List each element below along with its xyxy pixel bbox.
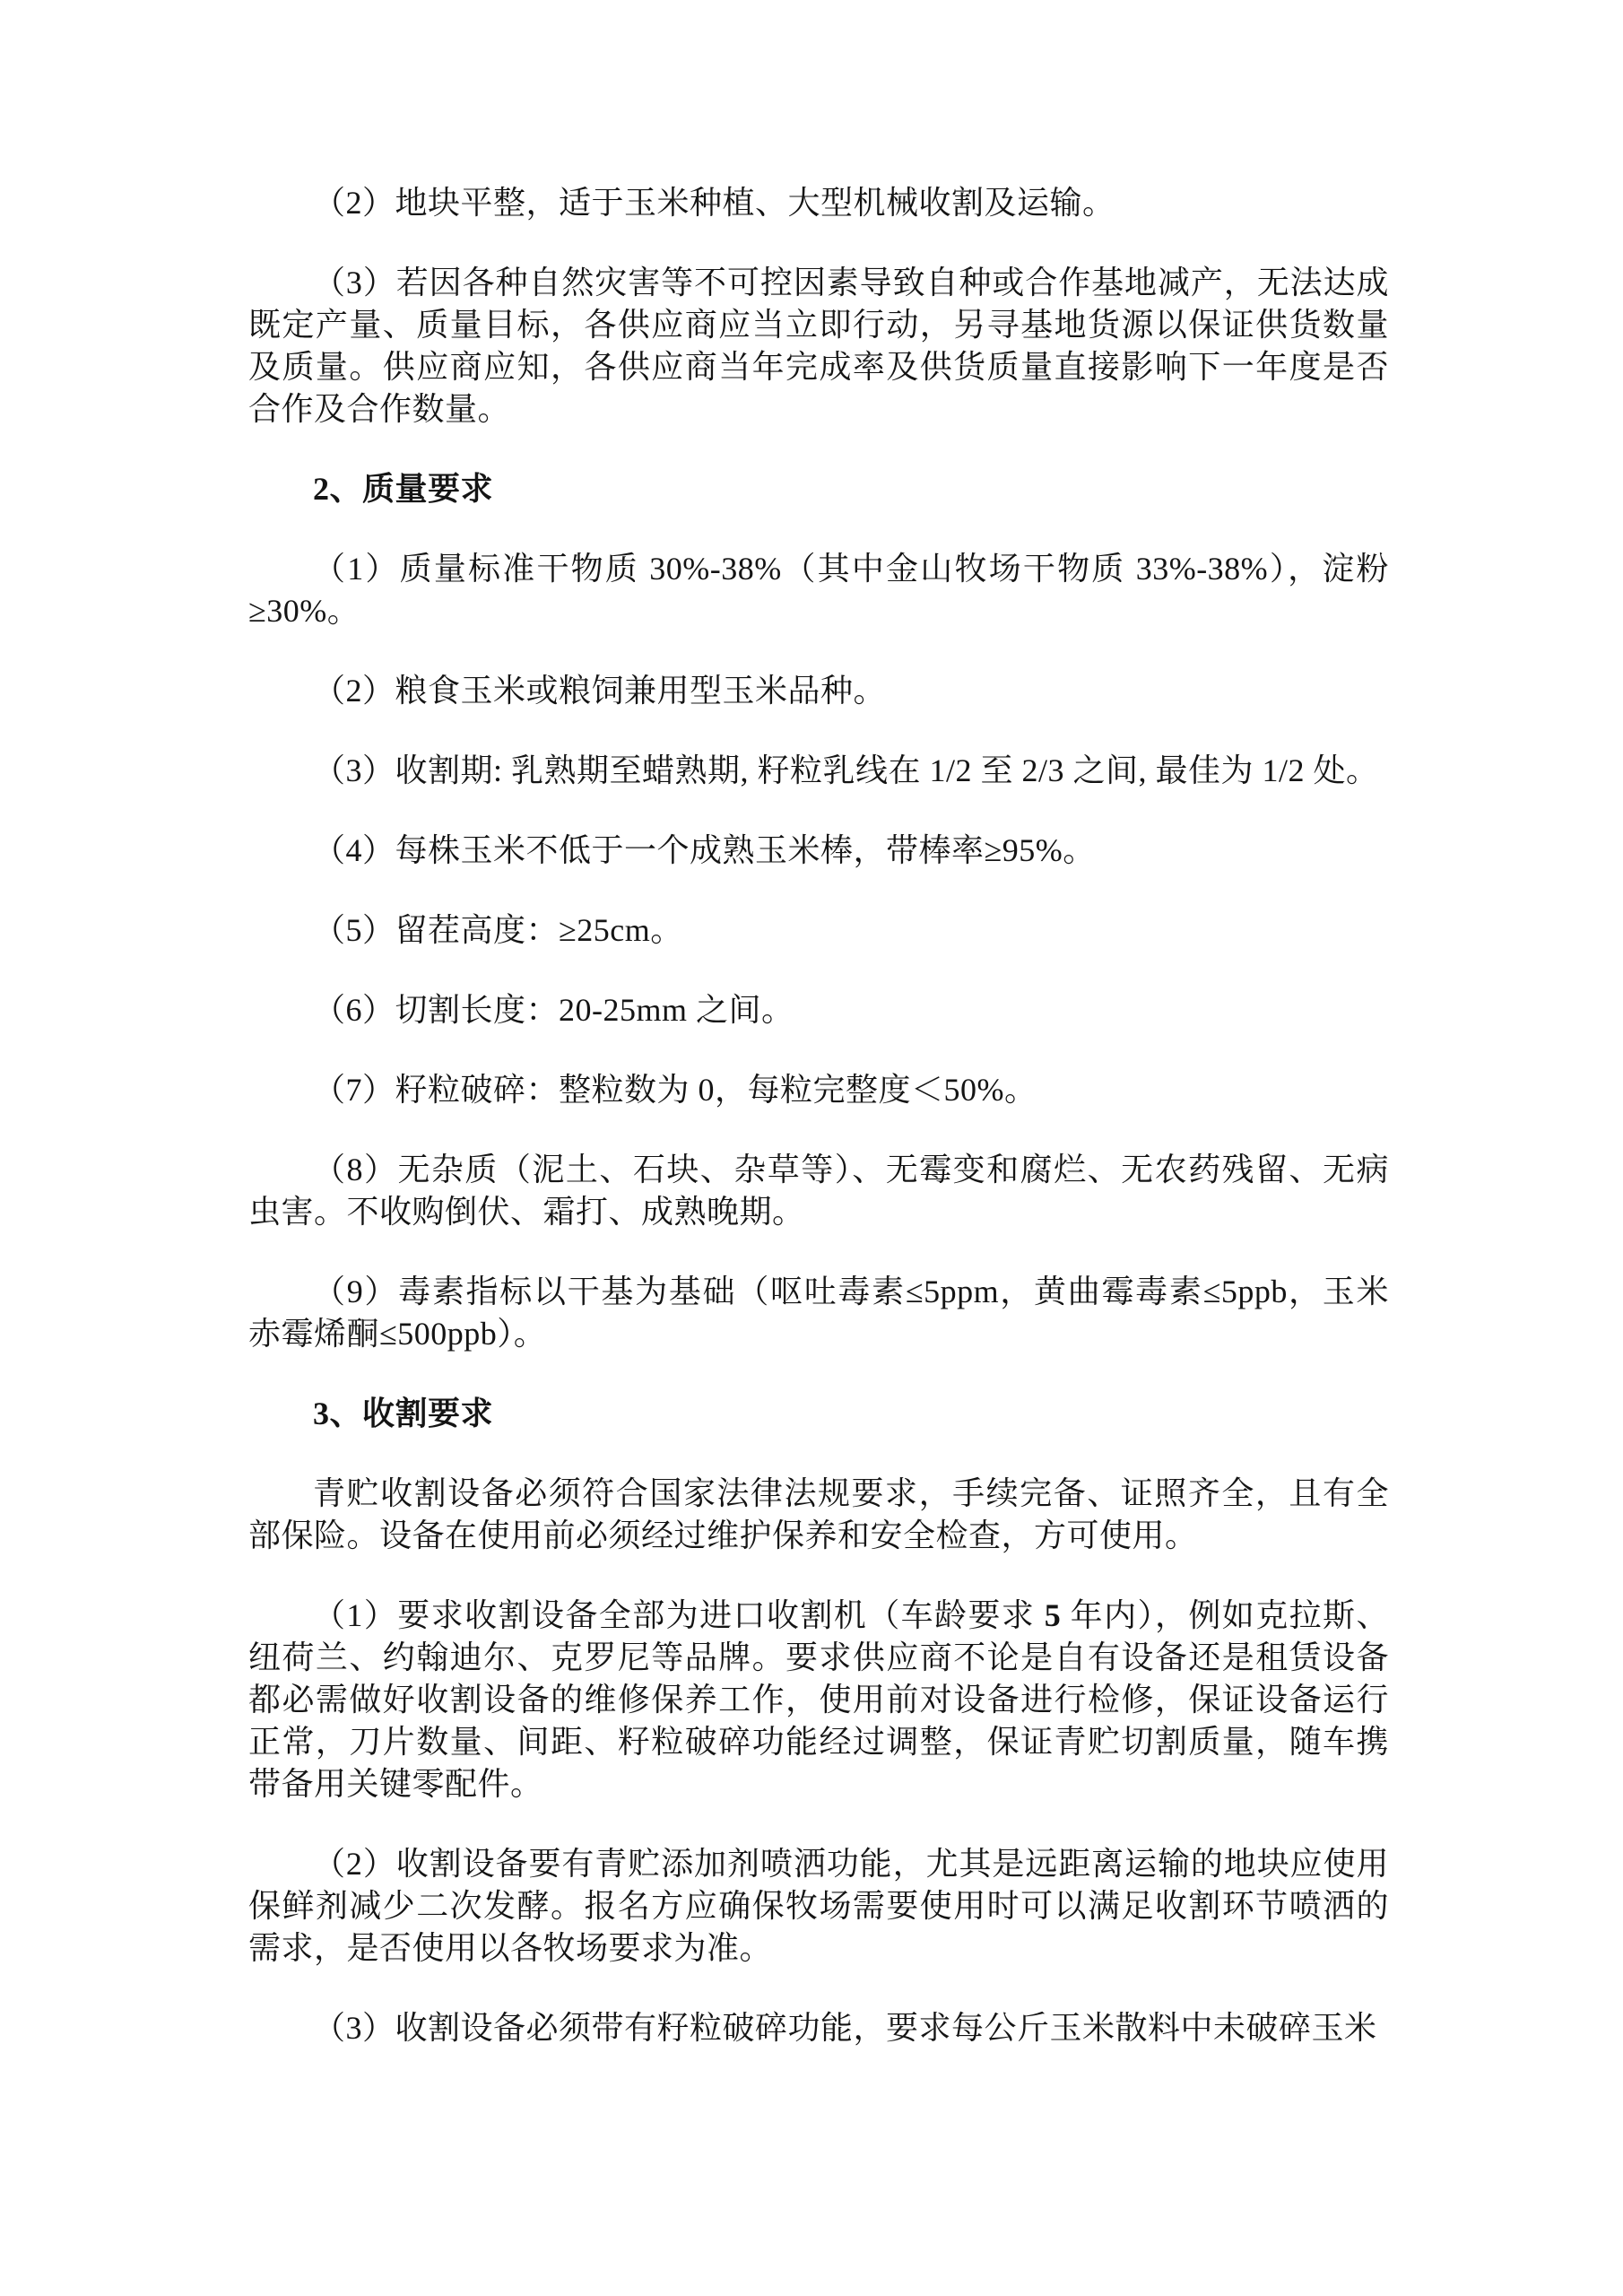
paragraph-quality-item-1: （1）质量标准干物质 30%-38%（其中金山牧场干物质 33%-38%），淀粉…: [248, 548, 1389, 632]
harvest-item-1-prefix: （1）要求收割设备全部为进口收割机（车龄要求: [313, 1597, 1045, 1633]
paragraph-quality-item-3: （3）收割期: 乳熟期至蜡熟期, 籽粒乳线在 1/2 至 2/3 之间, 最佳为…: [248, 750, 1389, 792]
paragraph-quality-item-4: （4）每株玉米不低于一个成熟玉米棒，带棒率≥95%。: [248, 830, 1389, 872]
document-page: （2）地块平整，适于玉米种植、大型机械收割及运输。 （3）若因各种自然灾害等不可…: [0, 0, 1623, 2296]
paragraph-harvest-item-1: （1）要求收割设备全部为进口收割机（车龄要求 5 年内），例如克拉斯、纽荷兰、约…: [248, 1595, 1389, 1805]
harvest-item-1-bold-number: 5: [1045, 1597, 1062, 1633]
paragraph-quality-item-7: （7）籽粒破碎：整粒数为 0，每粒完整度＜50%。: [248, 1069, 1389, 1111]
heading-quality-requirements: 2、质量要求: [248, 468, 1389, 510]
paragraph-quality-item-8: （8）无杂质（泥土、石块、杂草等）、无霉变和腐烂、无农药残留、无病虫害。不收购倒…: [248, 1149, 1389, 1233]
paragraph-quality-item-5: （5）留茬高度：≥25cm。: [248, 909, 1389, 952]
paragraph-quality-item-9: （9）毒素指标以干基为基础（呕吐毒素≤5ppm，黄曲霉毒素≤5ppb，玉米赤霉烯…: [248, 1271, 1389, 1355]
document-content: （2）地块平整，适于玉米种植、大型机械收割及运输。 （3）若因各种自然灾害等不可…: [248, 182, 1389, 2049]
paragraph-base-item-2: （2）地块平整，适于玉米种植、大型机械收割及运输。: [248, 182, 1389, 224]
paragraph-harvest-intro: 青贮收割设备必须符合国家法律法规要求，手续完备、证照齐全，且有全部保险。设备在使…: [248, 1473, 1389, 1557]
paragraph-harvest-item-3: （3）收割设备必须带有籽粒破碎功能，要求每公斤玉米散料中未破碎玉米: [248, 2007, 1389, 2049]
paragraph-base-item-3: （3）若因各种自然灾害等不可控因素导致自种或合作基地减产，无法达成既定产量、质量…: [248, 262, 1389, 430]
paragraph-harvest-item-2: （2）收割设备要有青贮添加剂喷洒功能，尤其是远距离运输的地块应使用保鲜剂减少二次…: [248, 1843, 1389, 1970]
heading-harvest-requirements: 3、收割要求: [248, 1393, 1389, 1435]
paragraph-quality-item-6: （6）切割长度：20-25mm 之间。: [248, 989, 1389, 1031]
paragraph-quality-item-2: （2）粮食玉米或粮饲兼用型玉米品种。: [248, 670, 1389, 712]
